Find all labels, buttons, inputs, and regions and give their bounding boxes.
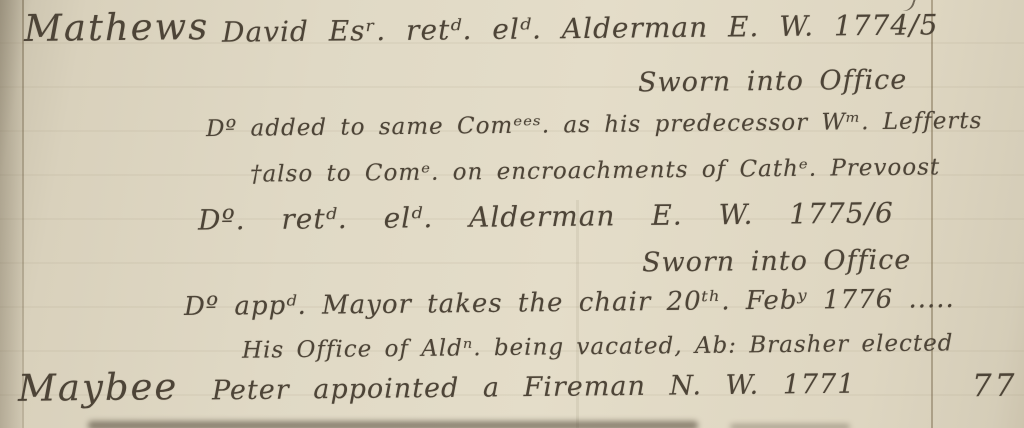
left-margin-rule xyxy=(22,0,24,428)
margin-page-number: 77 xyxy=(972,368,1018,404)
cropped-next-line-smudge-right xyxy=(730,424,850,428)
entry-surname-maybee: Maybee xyxy=(18,365,179,410)
book-gutter-shading xyxy=(0,0,22,428)
entry-surname-mathews: Mathews xyxy=(24,5,210,50)
mathews-line-sworn-into-office-1: Sworn into Office xyxy=(638,65,908,99)
mathews-line-sworn-into-office-2: Sworn into Office xyxy=(642,245,912,279)
right-column-rule xyxy=(931,0,933,428)
cropped-next-line-smudge xyxy=(88,421,698,428)
